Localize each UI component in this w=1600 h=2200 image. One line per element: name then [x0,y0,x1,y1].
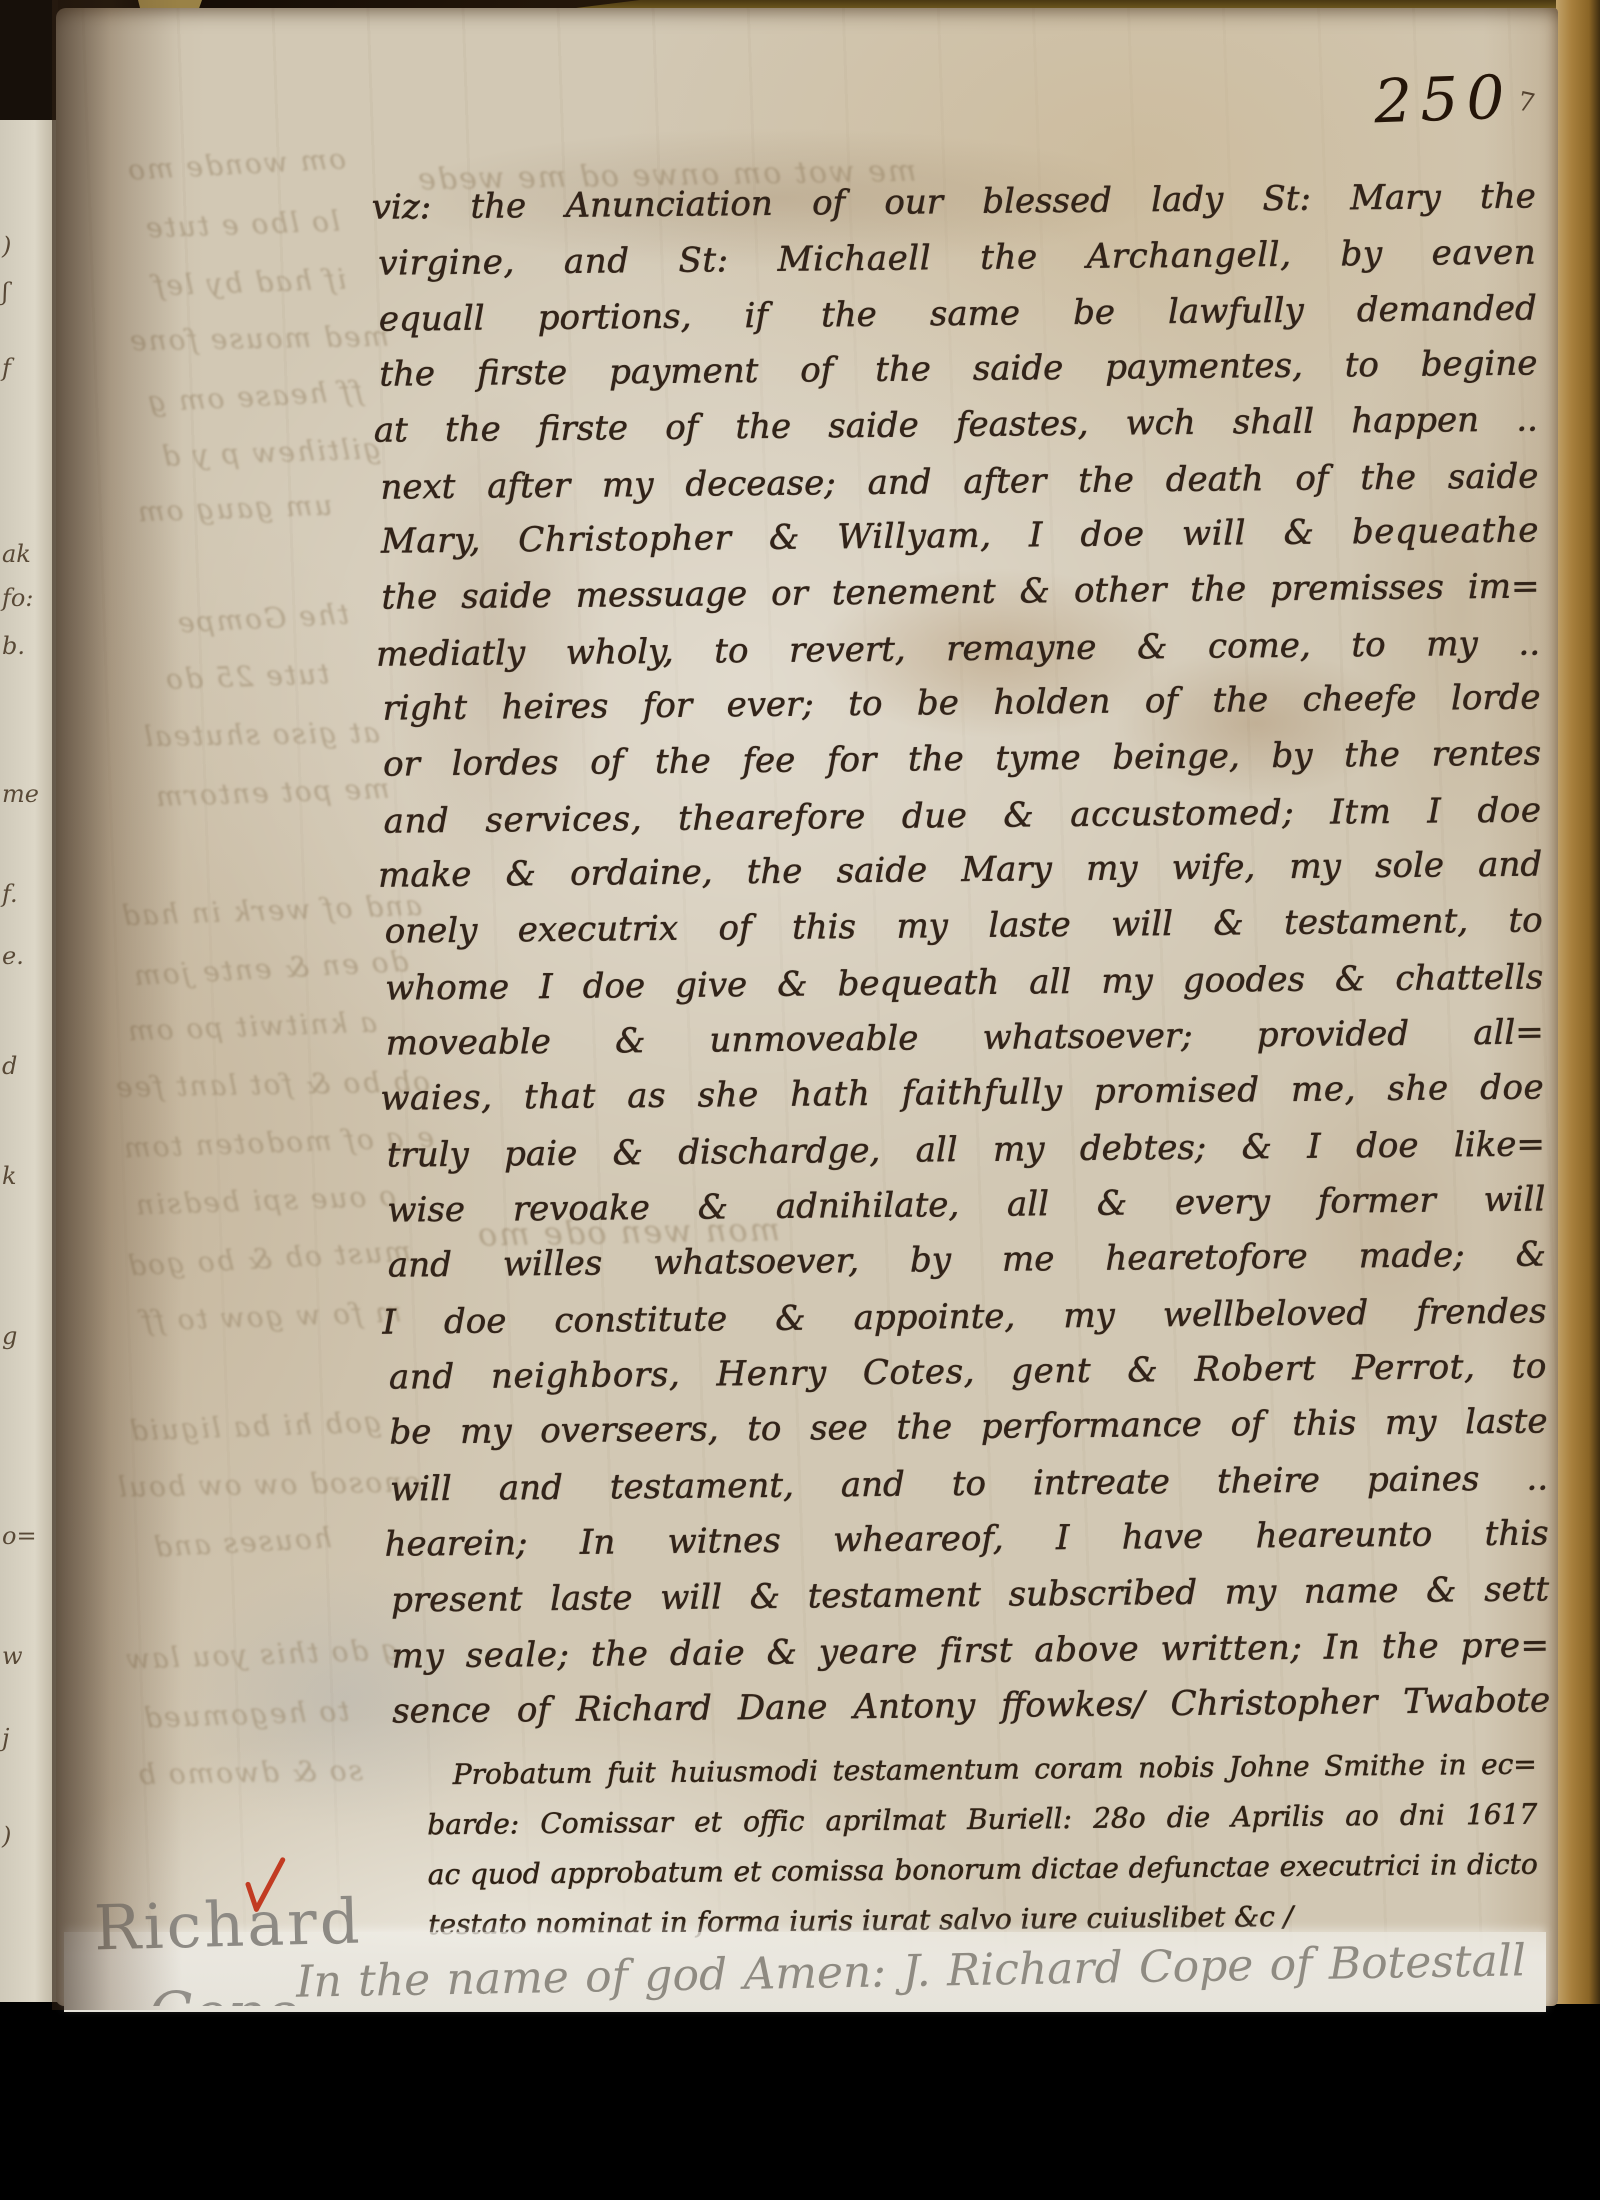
bleedthrough-fragment: giltihew p y d [159,432,381,473]
manuscript-photo: )ʃfakfo:b.mef.e.dkgo=wj) me wot om onwe … [0,0,1600,2200]
bleedthrough-fragment: om wonde mo [125,142,346,186]
bleedthrough-fragment: a knitwit po om [126,1006,378,1048]
bleedthrough-fragment: if had by lef [151,263,346,303]
bleedthrough-fragment: g do this you law [124,1633,400,1676]
manuscript-page: me wot om onwe od me wedeom wonde molo l… [56,8,1558,2006]
will-text-block: viz: the Anunciation of our blessed lady… [378,169,1553,1950]
ink-fragment: j [2,1724,9,1752]
bleedthrough-fragment: onosod ow ow boul [116,1465,422,1503]
book-board-edge [1556,0,1600,2006]
ink-fragment: w [2,1642,23,1670]
manuscript-line: or lordes of the fee for the tyme beinge… [383,726,1541,793]
probate-line: ac quod approbatum et comissa bonorum di… [428,1839,1538,1900]
ink-fragment: g [2,1322,17,1350]
manuscript-line: waies, that as she hath faithfully promi… [380,1061,1544,1128]
ink-fragment: k [2,1162,17,1190]
manuscript-line: virgine, and St: Michaell the Archangell… [378,225,1536,292]
manuscript-line: truly paie & dischardge, all my debtes; … [387,1117,1545,1184]
will-english-lines: viz: the Anunciation of our blessed lady… [378,169,1551,1740]
bleedthrough-fragment: and of werk in had [120,889,423,933]
ink-fragment: me [2,780,39,808]
manuscript-line: equall portions, if the same be lawfully… [379,282,1537,349]
ink-fragment: ak [2,540,31,568]
manuscript-line: mediatly wholy, to revert, remayne & com… [376,616,1540,683]
next-entry-opening-line: In the name of god Amen: J. Richard Cope… [296,1939,1527,2004]
ink-fragment: ) [2,232,11,260]
bleedthrough-fragment: me pot entorm [153,772,390,813]
manuscript-line: onely executrix of this my laste will & … [384,894,1542,961]
ink-fragment: ) [2,1822,11,1850]
probate-clause-lines: Probatum fuit huiusmodi testamentum cora… [427,1739,1539,1950]
bleedthrough-fragment: gob hi ba liguid [128,1406,383,1448]
ink-fragment: e. [2,942,24,970]
bleedthrough-fragment: tute 25 do [163,657,329,696]
manuscript-line: next after my decease; and after the dea… [380,449,1538,516]
bleedthrough-fragment: um gaug om [135,489,332,529]
bleedthrough-fragment: m fo w gow to ff [140,1295,403,1337]
bleedthrough-fragment: ff hease om g [145,374,363,418]
ink-fragment: b. [2,632,25,660]
ink-fragment: ʃ [2,278,9,306]
ink-fragment: f. [2,880,18,908]
facing-page-edge: )ʃfakfo:b.mef.e.dkgo=wj) [0,24,58,2002]
ink-fragment: o= [2,1522,37,1550]
bleedthrough-fragment: must ob & bo god [125,1235,411,1283]
bleedthrough-fragment: med mouse fone [128,320,390,358]
ink-fragment: d [2,1052,17,1080]
manuscript-line: my seale; the daie & yeare first above w… [391,1619,1549,1686]
manuscript-line: and willes whatsoever, by me hearetofore… [388,1228,1546,1295]
folio-number: 250 [1373,68,1514,133]
facing-page-dark-corner [0,0,58,120]
manuscript-line: and services, thearefore due & accustome… [383,783,1541,850]
ink-fragment: fo: [2,584,33,612]
bleedthrough-fragment: lo lbo e tute [143,205,340,245]
manuscript-line: will and testament, and to intreate thei… [390,1452,1548,1519]
margin-clerk-name-line2: Cope [148,1984,299,2006]
bleedthrough-fragment: o oue spi bedsin [134,1179,397,1221]
manuscript-line: at the firste of the saide feastes, wch … [374,392,1538,459]
manuscript-line: whome I doe give & bequeath all my goode… [385,950,1543,1017]
manuscript-line: present laste will & testament subscribe… [391,1562,1549,1629]
bleedthrough-fragment: do en & ente jom [131,945,409,992]
bleedthrough-fragment: the Gompe [175,597,350,639]
manuscript-line: the saide messuage or tenement & other t… [381,559,1539,626]
folio-corner-mark: 7 [1515,87,1537,120]
photo-black-margin [0,2004,1600,2200]
bleedthrough-fragment: at giso shuteal [142,716,380,753]
ink-fragment: f [2,354,11,382]
manuscript-line: be my overseers, to see the performance … [389,1395,1547,1462]
manuscript-line: I doe constitute & appointe, my wellbelo… [382,1284,1546,1351]
bleedthrough-fragment: houses and [151,1521,332,1563]
bleedthrough-fragment: to hegomued [141,1694,350,1734]
margin-clerk-name: Richard [93,1890,363,1959]
bleedthrough-fragment: so & dwomo b [136,1754,363,1791]
